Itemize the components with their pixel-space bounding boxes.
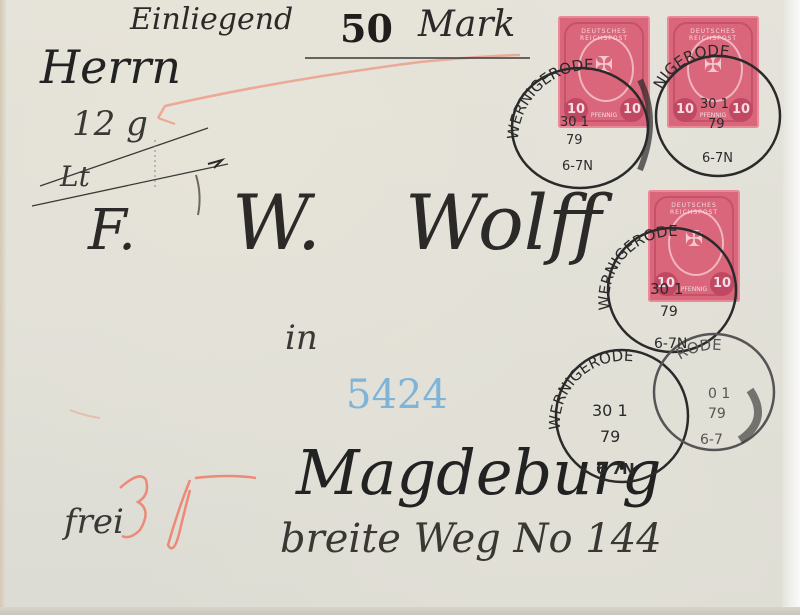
svg-text:6 7N: 6 7N — [596, 460, 635, 478]
svg-text:30 1: 30 1 — [650, 280, 683, 298]
svg-text:6-7N: 6-7N — [654, 336, 687, 352]
svg-text:30 1: 30 1 — [560, 115, 589, 130]
svg-text:79: 79 — [708, 117, 725, 132]
svg-text:79: 79 — [566, 133, 583, 148]
envelope: Einliegend 50 Mark Herrn 12 g Lt F. W. W… — [0, 0, 800, 615]
svg-text:30 1: 30 1 — [592, 401, 628, 420]
svg-text:NIGERODE: NIGERODE — [650, 41, 731, 92]
svg-text:6-7N: 6-7N — [562, 159, 593, 174]
svg-text:79: 79 — [708, 406, 726, 422]
svg-text:79: 79 — [660, 304, 678, 320]
svg-text:6-7: 6-7 — [700, 432, 723, 448]
svg-text:30 1: 30 1 — [700, 97, 729, 112]
postmarks: WERNIGERODE NIGERODE WERNIGERODE WERNIGE… — [0, 0, 800, 615]
svg-text:79: 79 — [600, 427, 620, 446]
svg-text:0 1: 0 1 — [708, 386, 730, 402]
svg-text:6-7N: 6-7N — [702, 151, 733, 166]
